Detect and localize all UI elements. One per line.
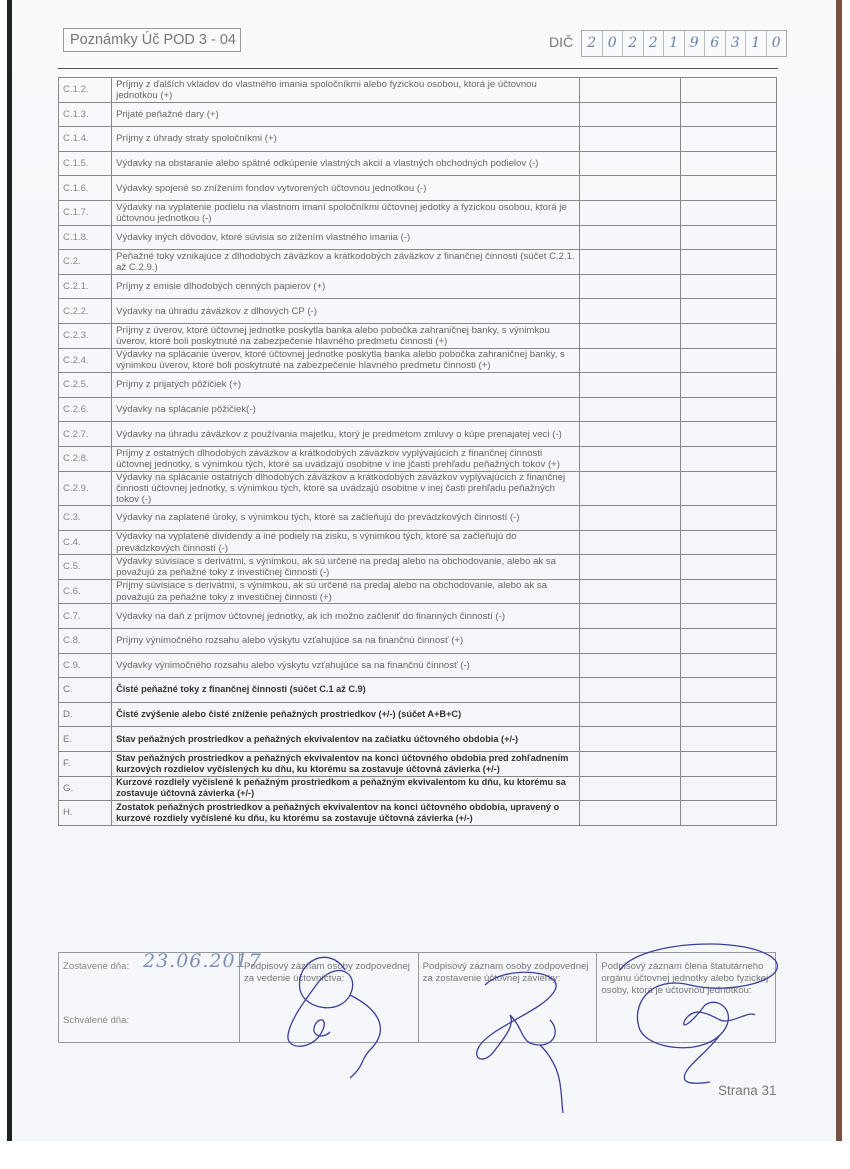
table-row: C.Čisté peňažné toky z finančnej činnost… — [59, 678, 777, 703]
table-row: C.1.4.Príjmy z úhrady straty spoločníkmi… — [59, 127, 777, 152]
table-row: C.1.6.Výdavky spojené so znížením fondov… — [59, 176, 777, 201]
page-number: Strana 31 — [718, 1083, 777, 1098]
row-value-current — [579, 678, 680, 703]
row-code: F. — [59, 752, 112, 777]
statement-signature-cell: Podpisový záznam osoby zodpovednej za zo… — [418, 953, 597, 1043]
row-value-previous — [680, 653, 776, 678]
row-code: C.1.6. — [59, 176, 112, 201]
row-value-previous — [680, 250, 776, 275]
row-value-previous — [680, 530, 776, 555]
dic-digit-box: 0 — [767, 31, 787, 56]
row-value-current — [579, 727, 680, 752]
row-value-current — [579, 555, 680, 580]
row-code: H. — [59, 801, 112, 826]
row-value-previous — [680, 127, 776, 152]
signature-block: Zostavené dňa: 23.06.2017 Schválené dňa:… — [58, 952, 776, 1043]
row-value-previous — [680, 299, 776, 324]
row-value-current — [579, 176, 680, 201]
table-row: C.2.2.Výdavky na úhradu záväzkov z dlhov… — [59, 299, 777, 324]
row-description: Príjmy výnimočného rozsahu alebo výskytu… — [112, 629, 580, 654]
statement-signature-label: Podpisový záznam osoby zodpovednej za zo… — [423, 961, 589, 984]
accounting-signature-label: Podpisový záznam osoby zodpovednej za ve… — [244, 961, 410, 984]
dic-digit-box: 2 — [623, 31, 644, 56]
compiled-date-label: Zostavené dňa: — [63, 961, 129, 972]
row-value-current — [579, 78, 680, 103]
row-value-previous — [680, 678, 776, 703]
row-value-current — [579, 274, 680, 299]
row-value-current — [579, 752, 680, 777]
row-description: Príjmy súvisiace s derivátmi, s výnimkou… — [112, 579, 580, 604]
dic-label: DIČ — [549, 34, 573, 50]
row-code: C.2.1. — [59, 274, 112, 299]
row-code: C.7. — [59, 604, 112, 629]
row-value-previous — [680, 176, 776, 201]
table-row: C.1.3.Prijaté peňažné dary (+) — [59, 102, 777, 127]
row-value-current — [579, 200, 680, 225]
scan-edge-right — [836, 0, 842, 1141]
table-row: C.2.6.Výdavky na splácanie pôžičiek(-) — [59, 397, 777, 422]
table-row: C.1.8.Výdavky iných dôvodov, ktoré súvis… — [59, 225, 777, 250]
row-code: C.2.5. — [59, 373, 112, 398]
row-description: Výdavky na obstaranie alebo spätné odkúp… — [112, 151, 580, 176]
dic-digit-box: 1 — [746, 31, 767, 56]
approved-date-label: Schválené dňa: — [63, 1015, 129, 1027]
row-description: Peňažné toky vznikajúce z dlhodobých záv… — [112, 250, 580, 275]
row-value-previous — [680, 506, 776, 531]
row-description: Výdavky súvisiace s derivátmi, s výnimko… — [112, 555, 580, 580]
table-row: C.8.Príjmy výnimočného rozsahu alebo výs… — [59, 629, 777, 654]
row-description: Výdavky na splácanie ostatných dlhodobýc… — [112, 471, 580, 506]
row-value-previous — [680, 471, 776, 506]
row-value-current — [579, 127, 680, 152]
dic-digit-box: 9 — [685, 31, 706, 56]
row-value-current — [579, 702, 680, 727]
row-value-previous — [680, 373, 776, 398]
row-value-previous — [680, 776, 776, 801]
row-code: C.1.7. — [59, 200, 112, 225]
table-row: C.7.Výdavky na daň z príjmov účtovnej je… — [59, 604, 777, 629]
row-description: Príjmy z úverov, ktoré účtovnej jednotke… — [112, 323, 580, 348]
table-row: C.2.4.Výdavky na splácanie úverov, ktoré… — [59, 348, 777, 373]
row-value-previous — [680, 151, 776, 176]
row-code: C.6. — [59, 579, 112, 604]
row-value-current — [579, 250, 680, 275]
row-code: C.4. — [59, 530, 112, 555]
row-value-current — [579, 397, 680, 422]
row-code: C.2.8. — [59, 446, 112, 471]
table-row: F.Stav peňažných prostriedkov a peňažnýc… — [59, 752, 777, 777]
row-value-current — [579, 323, 680, 348]
row-code: C.2. — [59, 250, 112, 275]
row-description: Zostatok peňažných prostriedkov a peňažn… — [112, 801, 580, 826]
row-value-previous — [680, 629, 776, 654]
row-value-current — [579, 446, 680, 471]
row-value-previous — [680, 422, 776, 447]
row-code: C. — [59, 678, 112, 703]
row-value-current — [579, 579, 680, 604]
row-value-current — [579, 801, 680, 826]
table-row: C.2.5.Príjmy z prijatých pôžičiek (+) — [59, 373, 777, 398]
row-code: C.2.7. — [59, 422, 112, 447]
table-row: H.Zostatok peňažných prostriedkov a peňa… — [59, 801, 777, 826]
row-value-previous — [680, 727, 776, 752]
row-value-current — [579, 653, 680, 678]
row-description: Čisté peňažné toky z finančnej činnosti … — [112, 678, 580, 703]
row-value-current — [579, 373, 680, 398]
row-value-previous — [680, 323, 776, 348]
row-value-previous — [680, 225, 776, 250]
row-value-current — [579, 629, 680, 654]
table-row: C.2.1.Príjmy z emisie dlhodobých cenných… — [59, 274, 777, 299]
row-value-previous — [680, 348, 776, 373]
table-row: C.2.7.Výdavky na úhradu záväzkov z použí… — [59, 422, 777, 447]
dic-digit-box: 2 — [644, 31, 665, 56]
dic-digit-box: 1 — [664, 31, 685, 56]
table-row: C.1.5.Výdavky na obstaranie alebo spätné… — [59, 151, 777, 176]
row-description: Výdavky na vyplatenie podielu na vlastno… — [112, 200, 580, 225]
row-value-current — [579, 776, 680, 801]
row-code: C.3. — [59, 506, 112, 531]
table-row: C.1.7.Výdavky na vyplatenie podielu na v… — [59, 200, 777, 225]
table-row: C.3.Výdavky na zaplatené úroky, s výnimk… — [59, 506, 777, 531]
row-code: D. — [59, 702, 112, 727]
row-description: Príjmy z prijatých pôžičiek (+) — [112, 373, 580, 398]
header-rule — [58, 68, 778, 69]
row-value-current — [579, 348, 680, 373]
row-description: Príjmy z úhrady straty spoločníkmi (+) — [112, 127, 580, 152]
row-value-previous — [680, 78, 776, 103]
statutory-signature-label: Podpisový záznam člena štatutárneho orgá… — [601, 961, 768, 996]
row-description: Výdavky na splácanie úverov, ktoré účtov… — [112, 348, 580, 373]
row-value-previous — [680, 555, 776, 580]
dic-digit-box: 2 — [582, 31, 603, 56]
table-row: C.9.Výdavky výnimočného rozsahu alebo vý… — [59, 653, 777, 678]
row-value-current — [579, 506, 680, 531]
row-description: Výdavky na daň z príjmov účtovnej jednot… — [112, 604, 580, 629]
row-description: Výdavky výnimočného rozsahu alebo výskyt… — [112, 653, 580, 678]
row-value-previous — [680, 397, 776, 422]
table-row: C.4.Výdavky na vyplatené dividendy a iné… — [59, 530, 777, 555]
dates-cell: Zostavené dňa: 23.06.2017 Schválené dňa: — [59, 953, 240, 1043]
row-description: Výdavky na úhradu záväzkov z používania … — [112, 422, 580, 447]
row-code: C.8. — [59, 629, 112, 654]
table-row: G.Kurzové rozdiely vyčíslené k peňažným … — [59, 776, 777, 801]
row-value-current — [579, 422, 680, 447]
row-value-previous — [680, 752, 776, 777]
table-row: C.2.8.Príjmy z ostatných dlhodobých závä… — [59, 446, 777, 471]
row-value-current — [579, 102, 680, 127]
row-value-previous — [680, 274, 776, 299]
row-code: G. — [59, 776, 112, 801]
row-description: Výdavky na úhradu záväzkov z dlhových CP… — [112, 299, 580, 324]
row-code: E. — [59, 727, 112, 752]
row-code: C.2.9. — [59, 471, 112, 506]
row-description: Výdavky spojené so znížením fondov vytvo… — [112, 176, 580, 201]
row-code: C.1.3. — [59, 102, 112, 127]
row-description: Príjmy z emisie dlhodobých cenných papie… — [112, 274, 580, 299]
statutory-signature-cell: Podpisový záznam člena štatutárneho orgá… — [597, 953, 776, 1043]
row-value-previous — [680, 446, 776, 471]
table-row: C.2.Peňažné toky vznikajúce z dlhodobých… — [59, 250, 777, 275]
dic-digit-box: 6 — [705, 31, 726, 56]
table-row: D.Čisté zvýšenie alebo čisté zníženie pe… — [59, 702, 777, 727]
row-code: C.5. — [59, 555, 112, 580]
table-row: C.2.3.Príjmy z úverov, ktoré účtovnej je… — [59, 323, 777, 348]
table-row: C.2.9.Výdavky na splácanie ostatných dlh… — [59, 471, 777, 506]
row-code: C.1.4. — [59, 127, 112, 152]
row-description: Výdavky na vyplatené dividendy a iné pod… — [112, 530, 580, 555]
row-value-current — [579, 604, 680, 629]
row-value-previous — [680, 604, 776, 629]
form-title: Poznámky Úč POD 3 - 04 — [63, 28, 241, 52]
row-code: C.1.8. — [59, 225, 112, 250]
table-row: C.5.Výdavky súvisiace s derivátmi, s výn… — [59, 555, 777, 580]
row-value-previous — [680, 579, 776, 604]
row-description: Výdavky na zaplatené úroky, s výnimkou t… — [112, 506, 580, 531]
dic-digit-box: 0 — [603, 31, 624, 56]
table-row: E.Stav peňažných prostriedkov a peňažnýc… — [59, 727, 777, 752]
row-value-previous — [680, 200, 776, 225]
dic-field: 2022196310 — [581, 30, 787, 57]
row-description: Príjmy z ďalších vkladov do vlastného im… — [112, 78, 580, 103]
table-row: C.6.Príjmy súvisiace s derivátmi, s výni… — [59, 579, 777, 604]
row-description: Výdavky na splácanie pôžičiek(-) — [112, 397, 580, 422]
row-description: Prijaté peňažné dary (+) — [112, 102, 580, 127]
row-code: C.2.6. — [59, 397, 112, 422]
row-code: C.2.3. — [59, 323, 112, 348]
row-code: C.1.5. — [59, 151, 112, 176]
row-value-current — [579, 151, 680, 176]
row-description: Príjmy z ostatných dlhodobých záväzkov a… — [112, 446, 580, 471]
row-value-current — [579, 530, 680, 555]
row-description: Stav peňažných prostriedkov a peňažných … — [112, 727, 580, 752]
row-value-previous — [680, 801, 776, 826]
accounting-signature-cell: Podpisový záznam osoby zodpovednej za ve… — [240, 953, 419, 1043]
row-code: C.9. — [59, 653, 112, 678]
row-code: C.2.2. — [59, 299, 112, 324]
row-value-current — [579, 471, 680, 506]
row-description: Stav peňažných prostriedkov a peňažných … — [112, 752, 580, 777]
row-description: Čisté zvýšenie alebo čisté zníženie peňa… — [112, 702, 580, 727]
table-row: C.1.2.Príjmy z ďalších vkladov do vlastn… — [59, 78, 777, 103]
row-value-current — [579, 299, 680, 324]
row-description: Kurzové rozdiely vyčíslené k peňažným pr… — [112, 776, 580, 801]
cash-flow-table: C.1.2.Príjmy z ďalších vkladov do vlastn… — [58, 77, 777, 826]
row-code: C.1.2. — [59, 78, 112, 103]
dic-digit-box: 3 — [726, 31, 747, 56]
row-value-current — [579, 225, 680, 250]
row-description: Výdavky iných dôvodov, ktoré súvisia so … — [112, 225, 580, 250]
row-code: C.2.4. — [59, 348, 112, 373]
row-value-previous — [680, 702, 776, 727]
row-value-previous — [680, 102, 776, 127]
